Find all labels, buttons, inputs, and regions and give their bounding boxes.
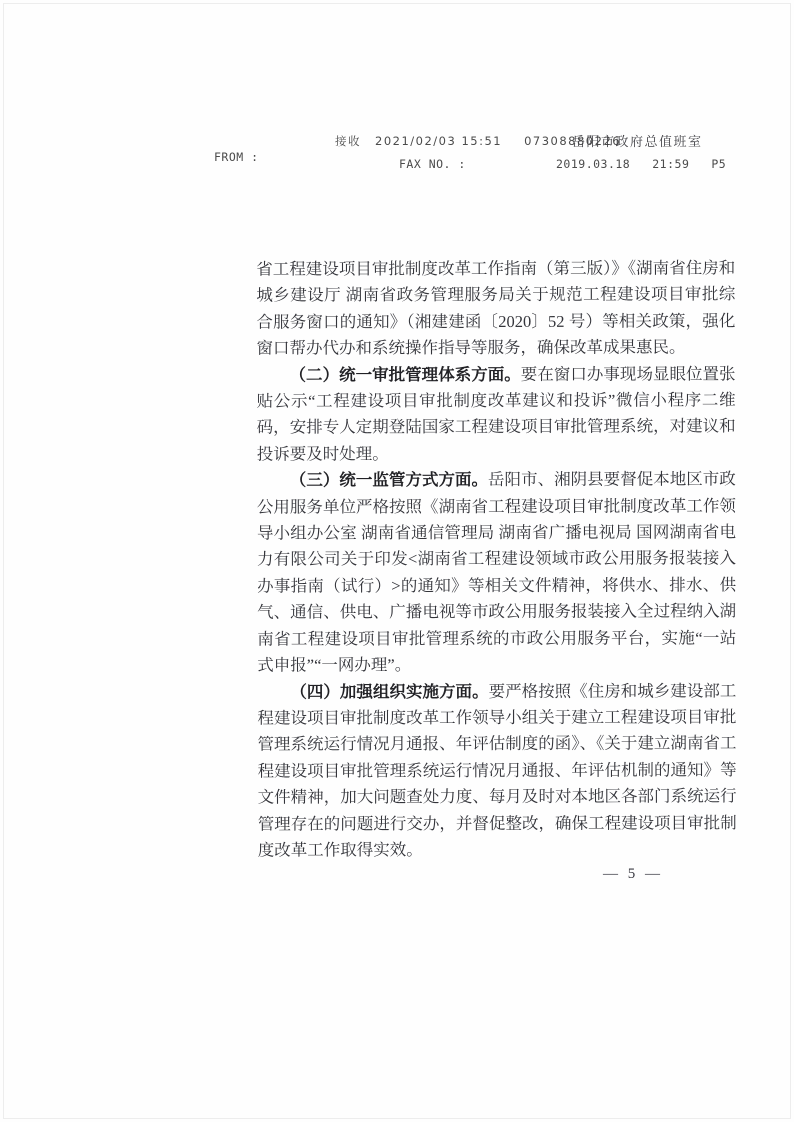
receive-datetime: 2021/02/03 15:51 (375, 134, 502, 148)
paragraph-text: 省工程建设项目审批制度改革工作指南（第三版）》《湖南省住房和城乡建设厅 湖南省政… (256, 258, 735, 357)
scanned-fax-page: 接收2021/02/03 15:5107308880226 岳阳市政府总值班室 … (0, 0, 794, 1122)
paragraph-heading: （三）统一监管方式方面。 (290, 470, 488, 490)
paragraph-heading: （四）加强组织实施方面。 (290, 682, 488, 702)
paragraph-heading: （二）统一审批管理体系方面。 (289, 365, 520, 385)
paragraph-text: 要严格按照《住房和城乡建设部工程建设项目审批制度改革工作领导小组关于建立工程建设… (257, 681, 736, 860)
paragraph-2: （二）统一审批管理体系方面。要在窗口办事现场显眼位置张贴公示“工程建设项目审批制… (256, 361, 735, 468)
stamp-time: 21:59 (652, 157, 689, 171)
stamp-date: 2019.03.18 (556, 157, 630, 171)
paragraph-3: （三）统一监管方式方面。岳阳市、湘阴县要督促本地区市政公用服务单位严格按照《湖南… (257, 467, 737, 680)
paragraph-text: 岳阳市、湘阴县要督促本地区市政公用服务单位严格按照《湖南省工程建设项目审批制度改… (257, 470, 736, 675)
fax-stamp-datetime: 2019.03.1821:59P5 (556, 157, 726, 171)
fax-no-label: FAX NO. : (399, 157, 466, 171)
receive-label: 接收 (335, 134, 361, 148)
from-label: FROM : (214, 150, 259, 164)
document-body: 省工程建设项目审批制度改革工作指南（第三版）》《湖南省住房和城乡建设厅 湖南省政… (256, 255, 737, 864)
paragraph-continuation: 省工程建设项目审批制度改革工作指南（第三版）》《湖南省住房和城乡建设厅 湖南省政… (256, 255, 735, 362)
paragraph-4: （四）加强组织实施方面。要严格按照《住房和城乡建设部工程建设项目审批制度改革工作… (257, 678, 736, 864)
office-name: 岳阳市政府总值班室 (572, 131, 703, 150)
stamp-page-indicator: P5 (711, 157, 726, 171)
page-number: — 5 — (603, 866, 663, 883)
